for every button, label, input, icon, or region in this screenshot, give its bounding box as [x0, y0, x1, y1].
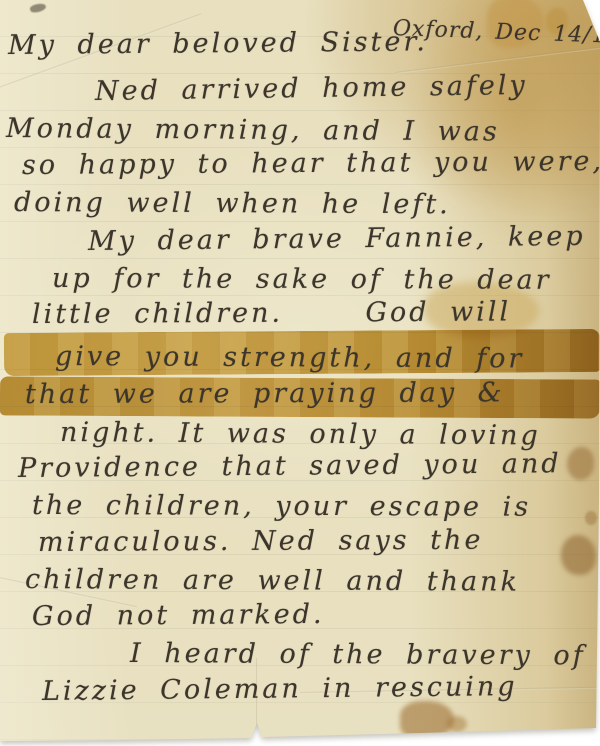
letter-line: children are well and thank: [25, 564, 520, 598]
letter-line: doing well when he left.: [14, 187, 451, 220]
letter-line: I heard of the bravery of: [130, 638, 586, 671]
letter-line: Lizzie Coleman in rescuing: [42, 671, 518, 707]
letter-line: give you strength, and for: [55, 341, 525, 374]
letter-line: My dear beloved Sister.: [8, 26, 428, 61]
letter-line: the children, your escape is: [32, 490, 531, 523]
letter-line: Providence that saved you and: [18, 448, 562, 484]
letter-line: little children. God will: [32, 296, 511, 330]
letter-line: Monday morning, and I was: [6, 113, 500, 147]
stain-right-blob-1: [567, 447, 594, 480]
stain-bottom-blot-tail: [447, 716, 467, 732]
paper-shadow: Oxford, Dec 14/17 My dear beloved Sister…: [0, 0, 600, 746]
stain-right-speck: [585, 511, 597, 525]
stain-bottom-blot: [400, 701, 454, 739]
letter-line: My dear brave Fannie, keep: [88, 221, 586, 257]
letter-line: that we are praying day &: [25, 377, 505, 410]
letter-line: up for the sake of the dear: [52, 263, 552, 296]
letter-line: night. It was only a loving: [60, 417, 541, 451]
letter-line: miraculous. Ned says the: [38, 525, 484, 558]
letter-line: Ned arrived home safely: [95, 70, 528, 107]
letter-line: God not marked.: [32, 599, 325, 632]
scan-background: Oxford, Dec 14/17 My dear beloved Sister…: [0, 0, 600, 746]
stain-right-blob-2: [561, 535, 596, 575]
letter-paper: Oxford, Dec 14/17 My dear beloved Sister…: [0, 0, 600, 746]
ink-speck-top-left: [29, 2, 47, 14]
letter-line: so happy to hear that you were,: [22, 146, 600, 181]
